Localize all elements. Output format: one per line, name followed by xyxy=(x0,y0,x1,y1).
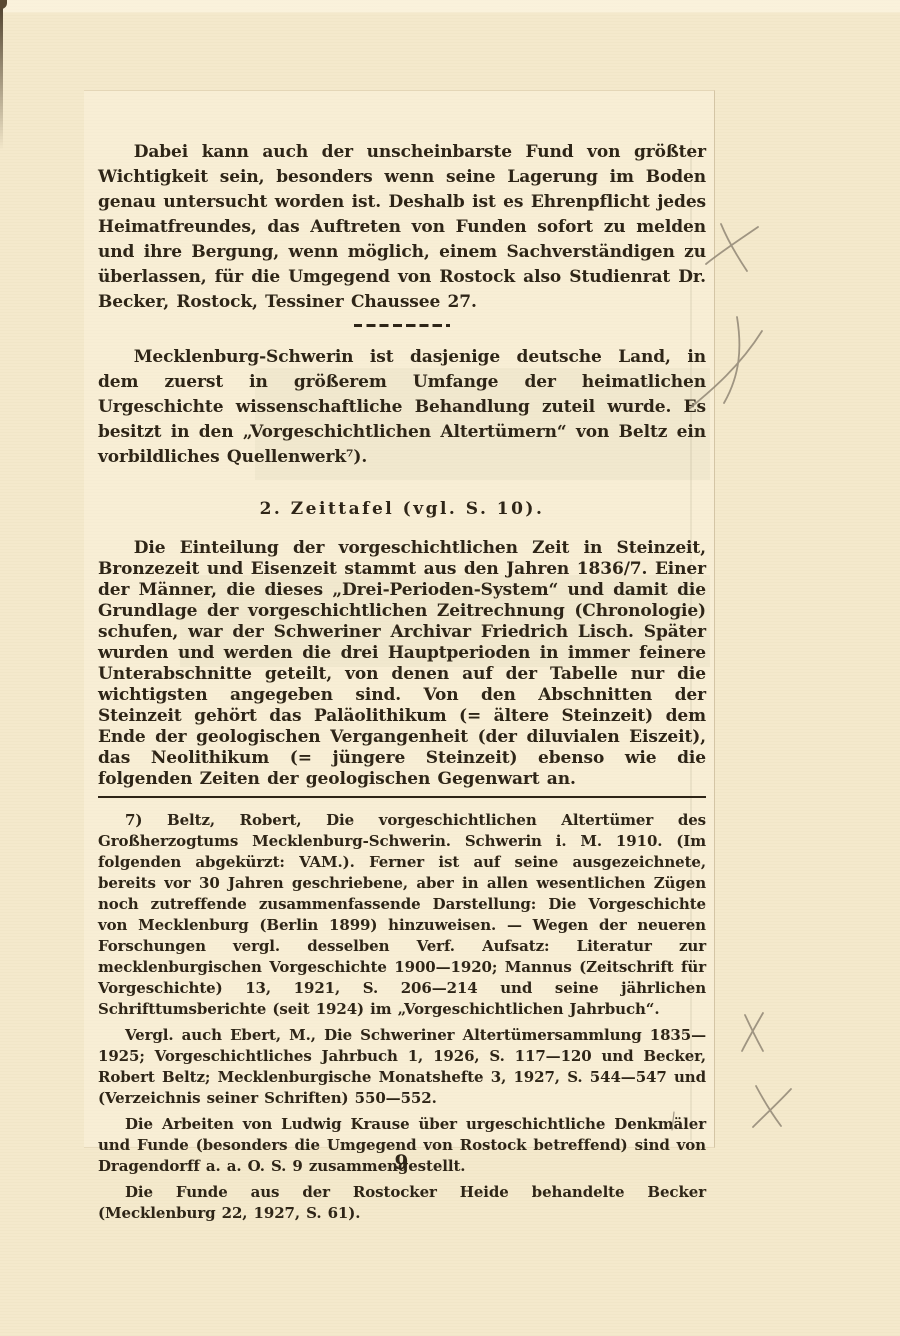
scan-corner-speck xyxy=(0,0,7,9)
section-separator-rule xyxy=(354,324,450,327)
scanned-book-page: Dabei kann auch der unscheinbarste Fund … xyxy=(0,0,900,1336)
paragraph-mecklenburg-schwerin: Mecklenburg-Schwerin ist dasjenige deuts… xyxy=(98,345,706,470)
paragraph-drei-perioden-system: Die Einteilung der vorgeschichtlichen Ze… xyxy=(98,538,706,790)
pencil-x-icon xyxy=(753,1086,791,1127)
footnote-7-beltz: 7) Beltz, Robert, Die vorgeschichtlichen… xyxy=(98,810,706,1020)
page-number: 9 xyxy=(98,1150,706,1174)
scan-edge-artifact xyxy=(0,0,3,150)
section-heading-zeittafel: 2. Zeittafel (vgl. S. 10). xyxy=(98,496,706,522)
text-block: Dabei kann auch der unscheinbarste Fund … xyxy=(98,140,706,1224)
footnote-ebert: Vergl. auch Ebert, M., Die Schweriner Al… xyxy=(98,1025,706,1109)
pencil-x-icon xyxy=(742,1013,763,1051)
paragraph-fund-meldung: Dabei kann auch der unscheinbarste Fund … xyxy=(98,140,706,315)
footnote-rule xyxy=(98,796,706,798)
footnote-rostocker-heide: Die Funde aus der Rostocker Heide behand… xyxy=(98,1182,706,1224)
